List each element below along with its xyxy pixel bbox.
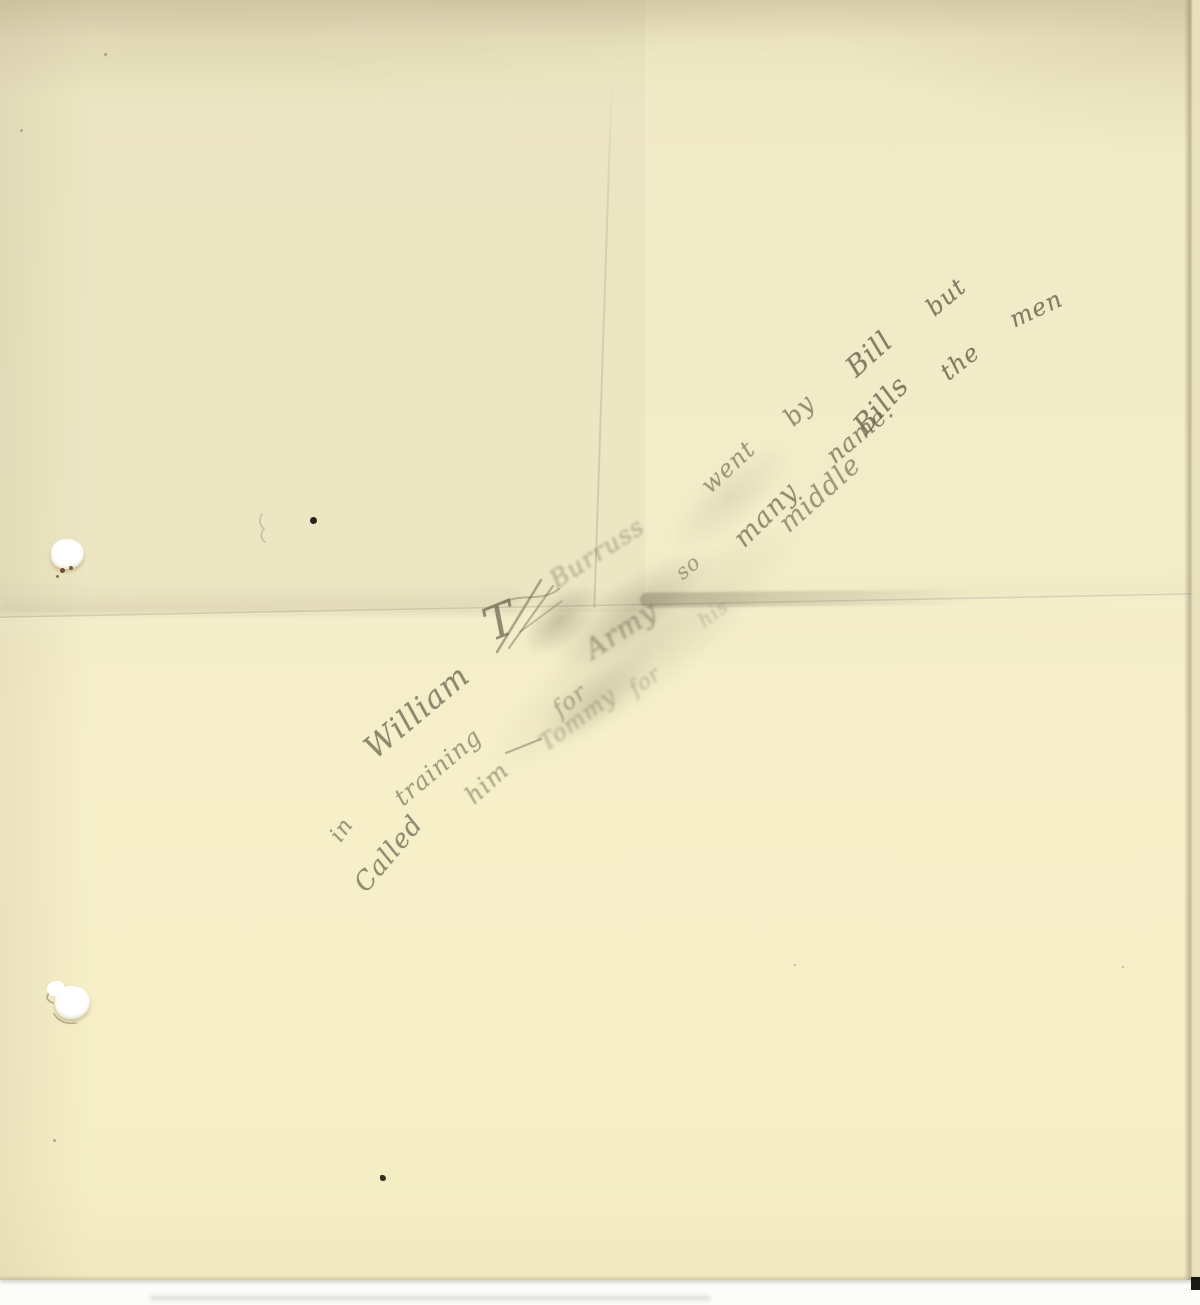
- handwritten-word: Called: [349, 810, 430, 898]
- handwritten-word: Burruss: [544, 512, 650, 595]
- handwritten-word: in: [325, 813, 359, 846]
- handwritten-word: men: [1005, 285, 1067, 334]
- handwritten-word: by: [777, 388, 820, 431]
- handwritten-word: Army: [578, 594, 663, 665]
- handwritten-word: the: [935, 338, 986, 386]
- handwritten-word: T: [475, 590, 525, 652]
- handwritten-word: for: [624, 661, 665, 700]
- scanned-page: WilliamTBurrusswentbyBillbutintrainingfo…: [0, 0, 1200, 1305]
- handwritten-word: but: [920, 272, 971, 321]
- handwritten-word: so: [671, 550, 706, 585]
- handwritten-word: went: [695, 435, 761, 499]
- scanner-corner-mark: [1191, 1277, 1200, 1290]
- handwriting-layer: WilliamTBurrusswentbyBillbutintrainingfo…: [0, 0, 1200, 1280]
- scanner-edge-smudge: [150, 1296, 710, 1300]
- handwritten-word: his: [693, 594, 733, 633]
- paper-bottom-edge: [0, 1275, 1200, 1280]
- paper-right-edge: [1184, 0, 1200, 1280]
- handwritten-word: him: [459, 756, 514, 810]
- paper-sheet: WilliamTBurrusswentbyBillbutintrainingfo…: [0, 0, 1200, 1280]
